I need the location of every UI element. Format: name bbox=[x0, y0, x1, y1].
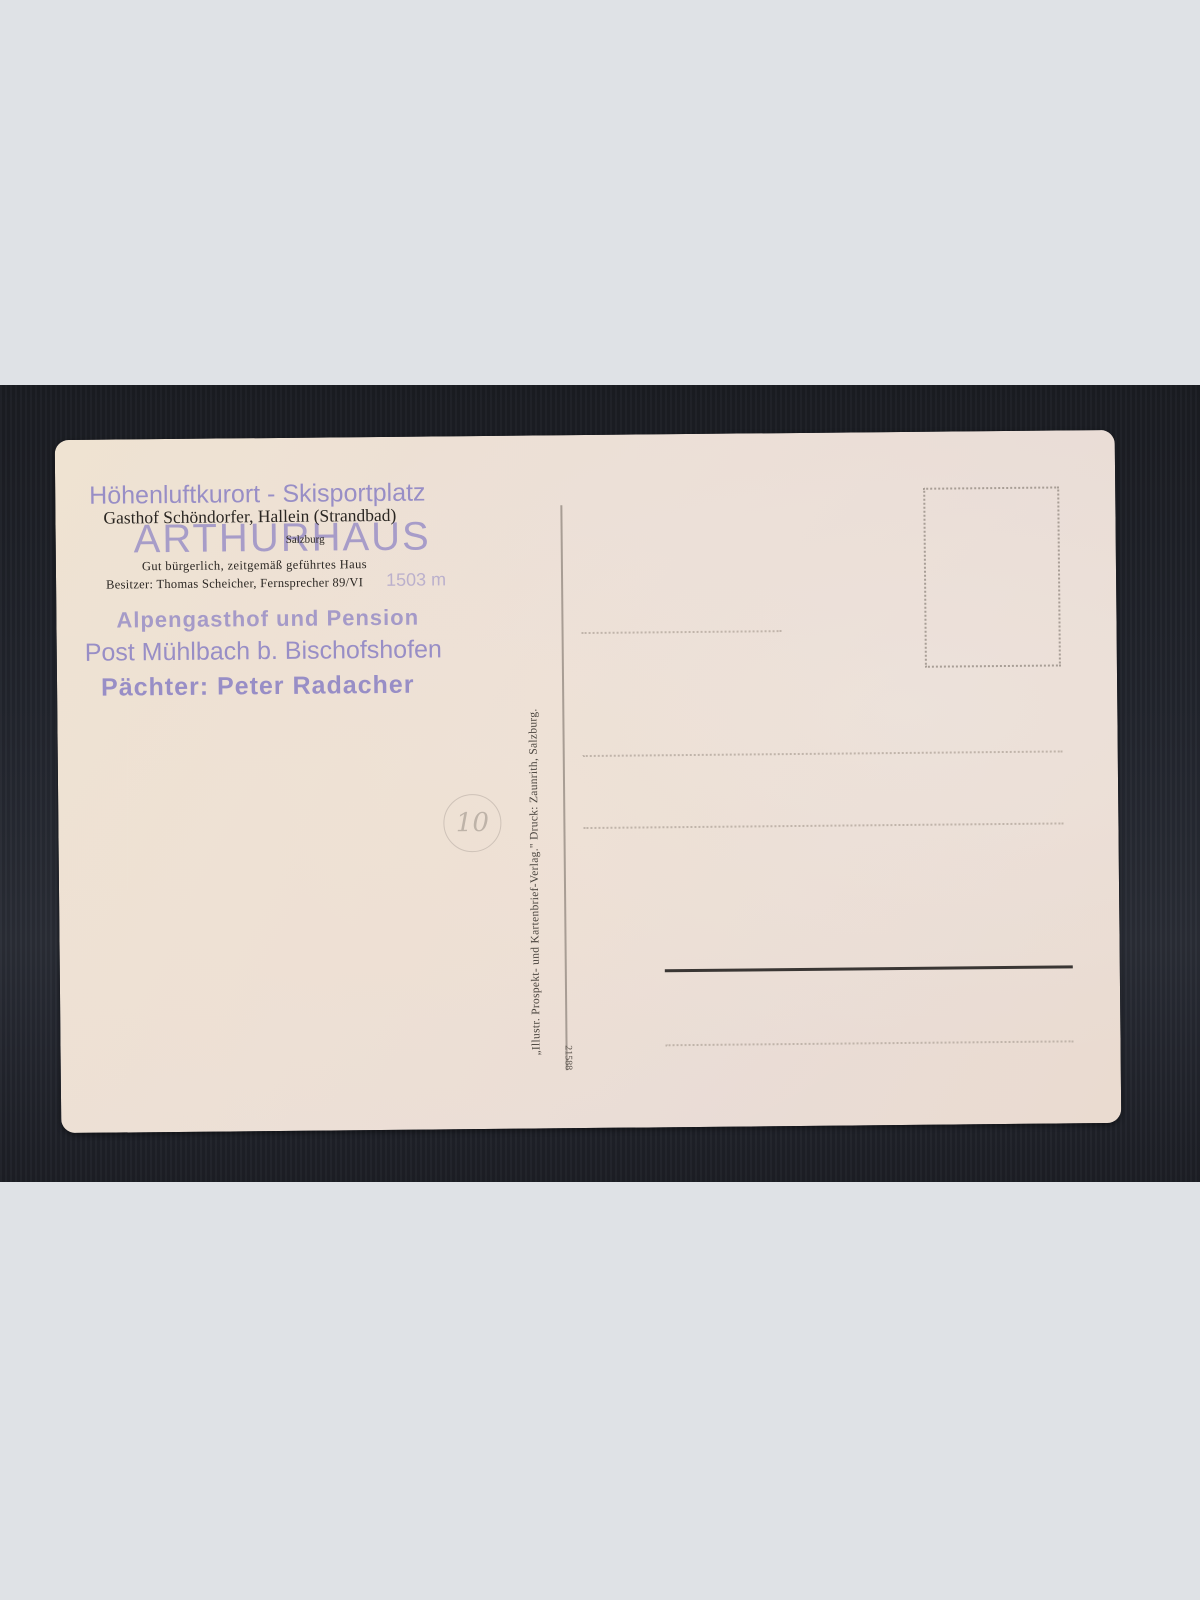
address-line-3 bbox=[583, 822, 1063, 829]
printed-owner-phone: Besitzer: Thomas Scheicher, Fernsprecher… bbox=[106, 575, 363, 592]
address-line-2 bbox=[583, 750, 1063, 757]
photo: Höhenluftkurort - Skisportplatz ARTHURHA… bbox=[0, 385, 1200, 1182]
stamp-line-altitude: 1503 m bbox=[386, 569, 446, 591]
address-line-4 bbox=[666, 1040, 1074, 1046]
stamp-line-post: Post Mühlbach b. Bischofshofen bbox=[85, 635, 442, 667]
printed-gasthof-name: Gasthof Schöndorfer, Hallein (Strandbad) bbox=[103, 505, 396, 529]
postage-stamp-box bbox=[923, 486, 1061, 667]
center-divider bbox=[560, 505, 567, 1070]
printer-credit: „Illustr. Prospekt- und Kartenbrief-Verl… bbox=[527, 708, 542, 1055]
address-line-solid bbox=[665, 965, 1073, 972]
printed-description: Gut bürgerlich, zeitgemäß geführtes Haus bbox=[142, 557, 367, 574]
postcard: Höhenluftkurort - Skisportplatz ARTHURHA… bbox=[55, 430, 1122, 1133]
pencil-circled-number: 10 bbox=[443, 794, 502, 853]
catalog-number: 21588 bbox=[563, 1045, 574, 1070]
address-line-1 bbox=[582, 630, 782, 634]
printed-city: Salzburg bbox=[286, 534, 325, 546]
stamp-line-alpengasthof: Alpengasthof und Pension bbox=[116, 605, 419, 634]
stamp-line-paechter: Pächter: Peter Radacher bbox=[101, 671, 415, 703]
